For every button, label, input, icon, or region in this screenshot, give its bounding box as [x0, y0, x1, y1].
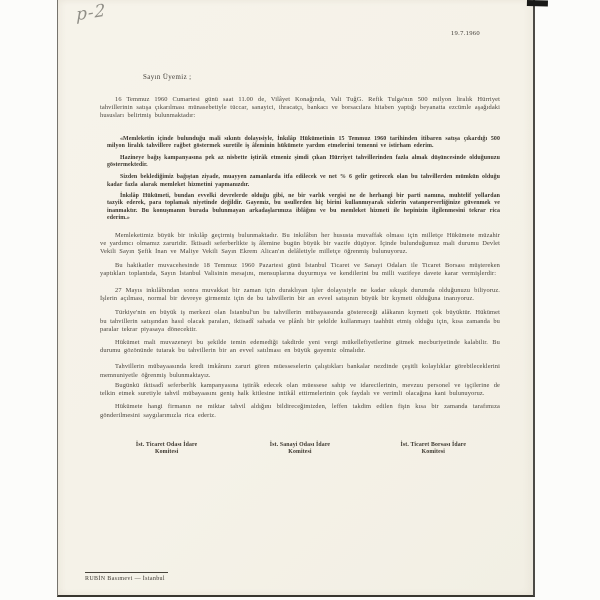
signature-block: İst. Ticaret Odası İdare Komitesi	[100, 442, 233, 457]
quote-paragraph: «Memleketin içinde bulunduğu mali sıkınt…	[107, 136, 500, 151]
letter-content: 19.7.1960 Sayın Üyemiz ; 16 Temmuz 1960 …	[58, 0, 533, 457]
body-paragraph: Hükümet mali muvazeneyi bu şekilde temin…	[100, 339, 500, 355]
signature-committee: Komitesi	[367, 449, 500, 456]
signature-block: İst. Sanayi Odası İdare Komitesi	[233, 442, 366, 457]
letter-page: p-2 19.7.1960 Sayın Üyemiz ; 16 Temmuz 1…	[57, 0, 535, 597]
body-paragraph: Bugünkü iktisadî seferberlik kampanyasın…	[100, 382, 500, 398]
body-paragraph: Memleketimiz büyük bir inkılâp geçirmiş …	[100, 232, 500, 257]
corner-shadow	[527, 0, 548, 6]
signature-committee: Komitesi	[100, 449, 233, 456]
quote-paragraph: İnkılâp Hükümeti, bundan evvelki devrele…	[107, 193, 500, 223]
signature-org: İst. Ticaret Borsası İdare	[367, 442, 500, 449]
intro-paragraph: 16 Temmuz 1960 Cumartesi günü saat 11.00…	[100, 96, 500, 121]
printer-imprint: RUBİN Basımevi — İstanbul	[85, 572, 168, 582]
letter-date: 19.7.1960	[100, 0, 500, 37]
body-paragraph: Türkiye'nin en büyük iş merkezi olan İst…	[100, 309, 500, 334]
scan-background: p-2 19.7.1960 Sayın Üyemiz ; 16 Temmuz 1…	[0, 0, 600, 600]
body-paragraph: Hükümete hangi firmanın ne miktar tahvil…	[100, 403, 500, 419]
body-paragraph: Tahvillerin mübayaasında kredi imkânını …	[100, 363, 500, 379]
body-paragraph: Bu hakikatler muvacehesinde 18 Temmuz 19…	[100, 262, 500, 278]
salutation: Sayın Üyemiz ;	[143, 74, 500, 81]
signature-block: İst. Ticaret Borsası İdare Komitesi	[367, 442, 500, 457]
quote-paragraph: Sizden beklediğimiz bağıştan ziyade, mua…	[107, 174, 500, 189]
quote-paragraph: Hazineye bağış kampanyasına pek az nisbe…	[107, 155, 500, 170]
signature-committee: Komitesi	[233, 449, 366, 456]
signature-row: İst. Ticaret Odası İdare Komitesi İst. S…	[100, 442, 500, 457]
imprint-rule	[85, 572, 168, 573]
imprint-text: RUBİN Basımevi — İstanbul	[85, 576, 168, 582]
body-paragraph: 27 Mayıs inkılâbından sonra muvakkat bir…	[100, 287, 500, 303]
signature-org: İst. Ticaret Odası İdare	[100, 442, 233, 449]
signature-org: İst. Sanayi Odası İdare	[233, 442, 366, 449]
